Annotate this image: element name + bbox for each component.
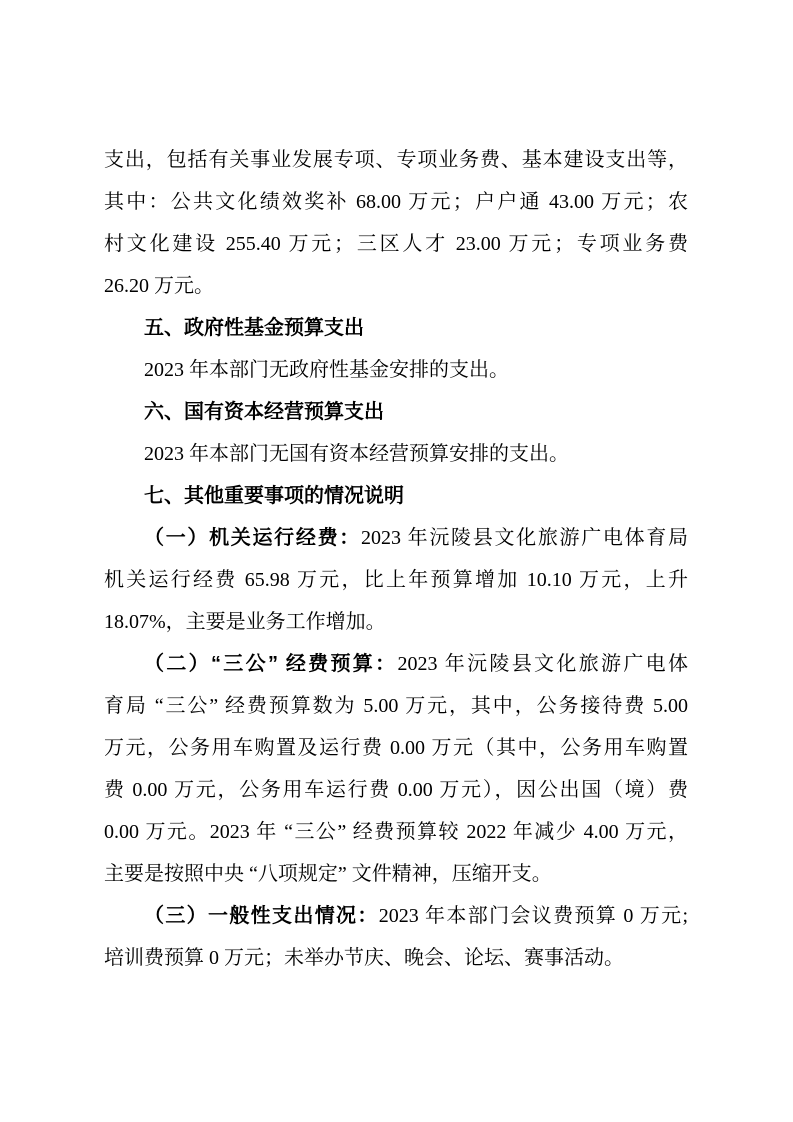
paragraph-line: 0.00 万元。2023 年 “三公” 经费预算较 2022 年减少 4.00 … <box>104 811 688 853</box>
section-heading-5: 五、政府性基金预算支出 <box>104 307 688 349</box>
paragraph-line: 育局 “三公” 经费预算数为 5.00 万元，其中，公务接待费 5.00 <box>104 685 688 727</box>
body-text-segment: 2023 年沅陵县文化旅游广电体 <box>397 653 688 675</box>
body-text-segment: 村文化建设 255.40 万元；三区人才 23.00 万元；专项业务费 <box>104 233 688 255</box>
document-page: 支出，包括有关事业发展专项、专项业务费、基本建设支出等，其中：公共文化绩效奖补 … <box>0 0 793 1122</box>
paragraph-line: 18.07%，主要是业务工作增加。 <box>104 601 688 643</box>
body-text-segment: 0.00 万元。2023 年 “三公” 经费预算较 2022 年减少 4.00 … <box>104 821 688 843</box>
paragraph-line: 机关运行经费 65.98 万元，比上年预算增加 10.10 万元，上升 <box>104 559 688 601</box>
body-text-segment: 2023 年本部门会议费预算 0 万元; <box>379 905 688 927</box>
paragraph-line: 村文化建设 255.40 万元；三区人才 23.00 万元；专项业务费 <box>104 223 688 265</box>
section-heading-6: 六、国有资本经营预算支出 <box>104 391 688 433</box>
bold-text-segment: 五、政府性基金预算支出 <box>144 317 364 339</box>
bold-text-segment: （三）一般性支出情况： <box>144 905 379 927</box>
section-heading-7: 七、其他重要事项的情况说明 <box>104 475 688 517</box>
body-text-segment: 2023 年本部门无政府性基金安排的支出。 <box>144 359 509 381</box>
body-text-segment: 培训费预算 0 万元；未举办节庆、晚会、论坛、赛事活动。 <box>104 947 624 969</box>
paragraph-line: 2023 年本部门无国有资本经营预算安排的支出。 <box>104 433 688 475</box>
paragraph-line: （一）机关运行经费：2023 年沅陵县文化旅游广电体育局 <box>104 517 688 559</box>
paragraph-line: 2023 年本部门无政府性基金安排的支出。 <box>104 349 688 391</box>
body-text-segment: 2023 年沅陵县文化旅游广电体育局 <box>361 527 688 549</box>
paragraph-line: 培训费预算 0 万元；未举办节庆、晚会、论坛、赛事活动。 <box>104 937 688 979</box>
body-text-segment: 费 0.00 万元，公务用车运行费 0.00 万元），因公出国（境）费 <box>104 779 688 801</box>
body-text-segment: 主要是按照中央 “八项规定” 文件精神，压缩开支。 <box>104 863 552 885</box>
bold-text-segment: 七、其他重要事项的情况说明 <box>144 485 404 507</box>
body-text-segment: 支出，包括有关事业发展专项、专项业务费、基本建设支出等， <box>104 149 688 171</box>
bold-text-segment: 六、国有资本经营预算支出 <box>144 401 384 423</box>
body-text-segment: 26.20 万元。 <box>104 275 214 297</box>
body-text-segment: 2023 年本部门无国有资本经营预算安排的支出。 <box>144 443 569 465</box>
paragraph-line: 费 0.00 万元，公务用车运行费 0.00 万元），因公出国（境）费 <box>104 769 688 811</box>
bold-text-segment: （二）“三公” 经费预算： <box>144 653 397 675</box>
paragraph-line: 主要是按照中央 “八项规定” 文件精神，压缩开支。 <box>104 853 688 895</box>
paragraph-line: 其中：公共文化绩效奖补 68.00 万元；户户通 43.00 万元；农 <box>104 181 688 223</box>
bold-text-segment: （一）机关运行经费： <box>144 527 361 549</box>
document-body: 支出，包括有关事业发展专项、专项业务费、基本建设支出等，其中：公共文化绩效奖补 … <box>104 139 688 979</box>
body-text-segment: 机关运行经费 65.98 万元，比上年预算增加 10.10 万元，上升 <box>104 569 688 591</box>
body-text-segment: 万元，公务用车购置及运行费 0.00 万元（其中，公务用车购置 <box>104 737 688 759</box>
paragraph-line: 26.20 万元。 <box>104 265 688 307</box>
body-text-segment: 18.07%，主要是业务工作增加。 <box>104 611 386 633</box>
body-text-segment: 育局 “三公” 经费预算数为 5.00 万元，其中，公务接待费 5.00 <box>104 695 688 717</box>
paragraph-line: （三）一般性支出情况：2023 年本部门会议费预算 0 万元; <box>104 895 688 937</box>
paragraph-line: 万元，公务用车购置及运行费 0.00 万元（其中，公务用车购置 <box>104 727 688 769</box>
body-text-segment: 其中：公共文化绩效奖补 68.00 万元；户户通 43.00 万元；农 <box>104 191 688 213</box>
paragraph-line: （二）“三公” 经费预算：2023 年沅陵县文化旅游广电体 <box>104 643 688 685</box>
paragraph-line: 支出，包括有关事业发展专项、专项业务费、基本建设支出等， <box>104 139 688 181</box>
